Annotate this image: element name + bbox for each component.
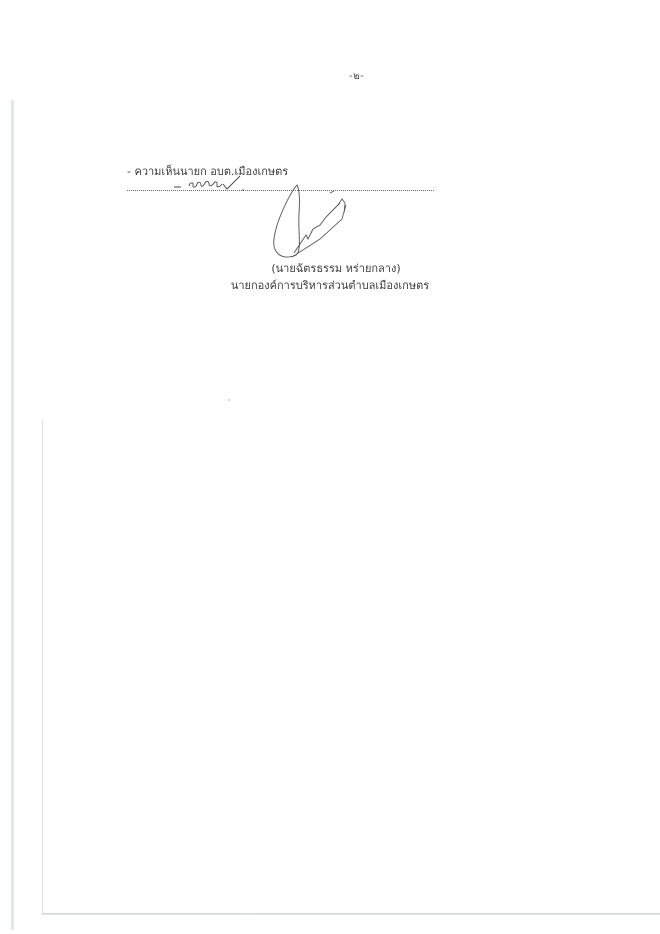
scan-edge-left-inner <box>42 420 43 915</box>
scan-edge-bottom <box>42 913 660 915</box>
signer-position-title: นายกองค์การบริหารส่วนตำบลเมืองเกษตร <box>0 276 660 294</box>
signer-name: (นายฉัตรธรรม หร่ายกลาง) <box>0 259 660 277</box>
handwritten-signature <box>268 183 360 265</box>
page-number: -๒- <box>349 69 364 84</box>
scan-edge-left-outer <box>11 100 14 930</box>
scanned-document-page: -๒- - ความเห็นนายก อบต.เมืองเกษตร (น <box>0 0 660 934</box>
signature-icon <box>268 183 360 265</box>
scan-speck <box>228 399 230 401</box>
